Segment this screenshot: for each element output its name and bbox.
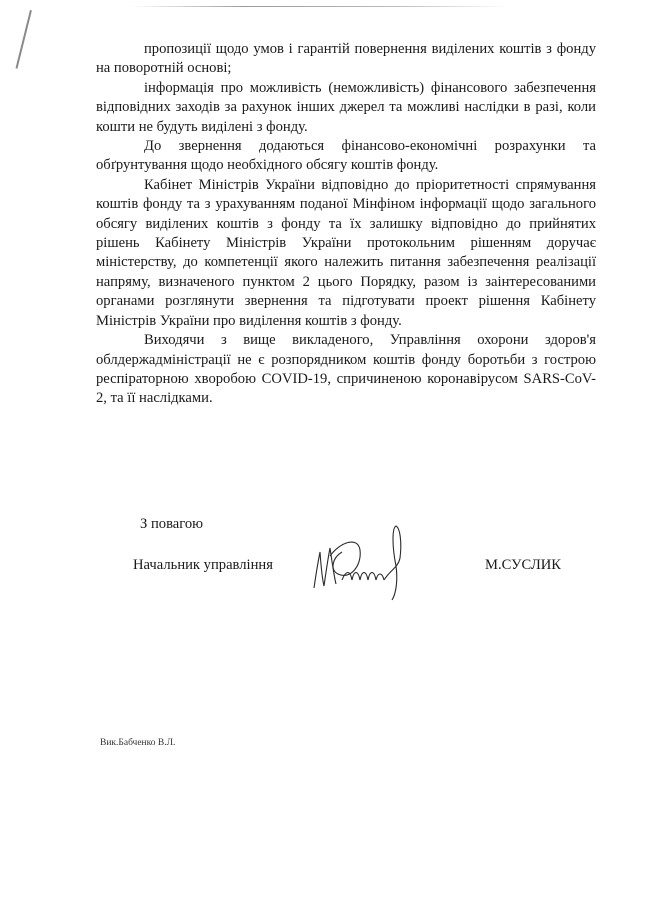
signer-name: М.СУСЛИК [485, 557, 561, 574]
closing-phrase: З повагою [140, 516, 203, 533]
paragraph-return-guarantees: пропозиції щодо умов і гарантій повернен… [96, 40, 596, 79]
handwritten-signature-icon [310, 522, 415, 602]
paragraph-cabinet-procedure: Кабінет Міністрів України відповідно до … [96, 176, 596, 331]
paragraph-conclusion: Виходячи з вище викладеного, Управління … [96, 331, 596, 409]
scan-edge-line [130, 6, 510, 7]
executor-note: Вик.Бабченко В.Л. [100, 738, 175, 748]
scan-margin-mark [15, 10, 31, 69]
signer-position: Начальник управління [133, 557, 273, 574]
letter-body: пропозиції щодо умов і гарантій повернен… [96, 40, 596, 409]
paragraph-attachments: До звернення додаються фінансово-економі… [96, 137, 596, 176]
paragraph-alternative-funding: інформація про можливість (неможливість)… [96, 79, 596, 137]
